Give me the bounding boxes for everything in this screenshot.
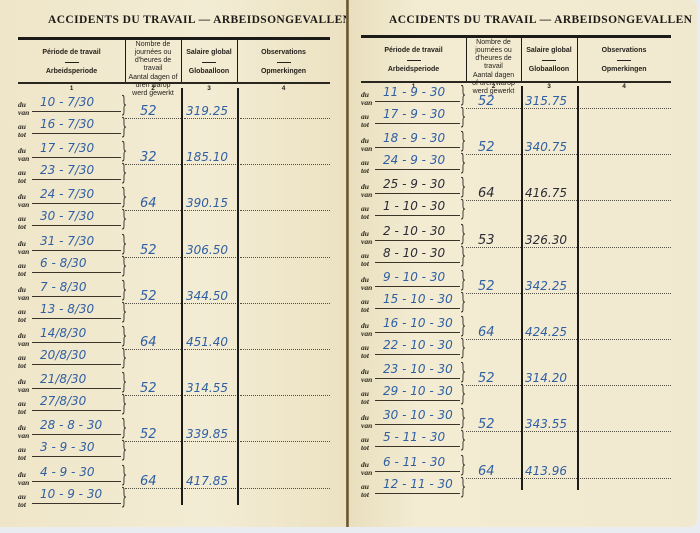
column-number: 3 — [181, 85, 237, 92]
observations-dotted-line — [240, 257, 330, 258]
column-header-fr: Période de travail — [18, 49, 125, 57]
from-date-line — [375, 240, 460, 241]
to-date: 5 - 11 - 30 — [383, 430, 445, 444]
label-van: van — [361, 376, 372, 384]
observations-dotted-line — [240, 349, 330, 350]
global-wage-value: 314.55 — [186, 381, 228, 395]
observations-dotted-line — [580, 108, 671, 109]
wage-dotted-line — [524, 339, 577, 340]
global-wage-value: 451.40 — [186, 335, 228, 349]
header-separator — [617, 60, 631, 61]
label-van: van — [18, 109, 29, 117]
to-date: 30 - 7/30 — [40, 209, 94, 223]
to-label: autot — [18, 169, 26, 185]
from-date-line — [32, 342, 121, 343]
wage-dotted-line — [524, 293, 577, 294]
from-label: duvan — [18, 101, 29, 117]
global-wage-value: 326.30 — [525, 233, 567, 247]
global-wage-value: 343.55 — [525, 417, 567, 431]
column-header-3: Salaire globalGlobaalloon — [521, 47, 577, 74]
from-date: 4 - 9 - 30 — [40, 465, 94, 479]
wage-dotted-line — [184, 257, 236, 258]
from-label: duvan — [361, 137, 372, 153]
brace-from: } — [121, 372, 127, 394]
days-worked-value: 52 — [140, 104, 157, 119]
brace-to: } — [460, 246, 466, 268]
column-header-nl: Arbeidsperiode — [18, 68, 125, 76]
to-label: autot — [18, 308, 26, 324]
label-van: van — [361, 284, 372, 292]
brace-from: } — [121, 95, 127, 117]
brace-to: } — [121, 348, 127, 370]
wage-dotted-line — [184, 303, 236, 304]
from-date-line — [375, 378, 460, 379]
label-tot: tot — [361, 444, 369, 452]
label-tot: tot — [18, 316, 26, 324]
days-worked-value: 32 — [140, 150, 157, 165]
brace-from: } — [121, 326, 127, 348]
from-date-line — [375, 193, 460, 194]
days-worked-value: 64 — [140, 335, 157, 350]
to-date-line — [375, 446, 460, 447]
column-number: 2 — [125, 85, 181, 92]
wage-dotted-line — [184, 395, 236, 396]
to-date: 8 - 10 - 30 — [383, 246, 445, 260]
from-label: duvan — [361, 91, 372, 107]
label-van: van — [361, 330, 372, 338]
from-date-line — [32, 250, 121, 251]
to-label: autot — [18, 262, 26, 278]
brace-to: } — [460, 430, 466, 452]
from-label: duvan — [18, 147, 29, 163]
to-label: autot — [18, 446, 26, 462]
header-separator — [277, 62, 291, 63]
global-wage-value: 342.25 — [525, 279, 567, 293]
label-van: van — [361, 191, 372, 199]
brace-from: } — [460, 131, 466, 153]
brace-from: } — [121, 187, 127, 209]
from-date: 23 - 10 - 30 — [383, 362, 453, 376]
from-date-line — [375, 332, 460, 333]
column-header-nl: Arbeidsperiode — [361, 66, 466, 74]
to-date: 13 - 8/30 — [40, 302, 94, 316]
label-van: van — [18, 155, 29, 163]
brace-to: } — [460, 107, 466, 129]
observations-dotted-line — [580, 293, 671, 294]
from-date: 9 - 10 - 30 — [383, 270, 445, 284]
label-tot: tot — [361, 352, 369, 360]
brace-to: } — [460, 199, 466, 221]
observations-dotted-line — [240, 210, 330, 211]
global-wage-value: 413.96 — [525, 464, 567, 478]
column-number: 3 — [521, 83, 577, 90]
wage-column-right-border — [237, 88, 239, 505]
from-label: duvan — [361, 368, 372, 384]
wage-dotted-line — [524, 431, 577, 432]
observations-dotted-line — [580, 154, 671, 155]
to-date-line — [375, 169, 460, 170]
brace-to: } — [121, 117, 127, 139]
column-header-3: Salaire globalGlobaalloon — [181, 49, 237, 76]
from-date: 11 - 9 - 30 — [383, 85, 445, 99]
wage-dotted-line — [524, 478, 577, 479]
from-label: duvan — [361, 322, 372, 338]
label-van: van — [18, 386, 29, 394]
to-date-line — [375, 354, 460, 355]
observations-dotted-line — [580, 385, 671, 386]
to-date-line — [375, 215, 460, 216]
global-wage-value: 344.50 — [186, 289, 228, 303]
brace-to: } — [460, 153, 466, 175]
brace-from: } — [460, 362, 466, 384]
to-label: autot — [361, 298, 369, 314]
brace-from: } — [460, 408, 466, 430]
wage-dotted-line — [184, 488, 236, 489]
to-label: autot — [361, 252, 369, 268]
from-date-line — [32, 111, 121, 112]
to-date-line — [375, 123, 460, 124]
from-date-line — [32, 203, 121, 204]
to-date: 29 - 10 - 30 — [383, 384, 453, 398]
observations-dotted-line — [240, 395, 330, 396]
from-label: duvan — [361, 276, 372, 292]
column-header-nl: Opmerkingen — [237, 68, 330, 76]
header-top-rule — [18, 37, 330, 40]
from-label: duvan — [361, 414, 372, 430]
label-van: van — [361, 145, 372, 153]
global-wage-value: 319.25 — [186, 104, 228, 118]
days-worked-value: 52 — [140, 381, 157, 396]
days-worked-value: 52 — [478, 94, 495, 109]
global-wage-value: 416.75 — [525, 186, 567, 200]
to-date: 23 - 7/30 — [40, 163, 94, 177]
observations-dotted-line — [240, 118, 330, 119]
header-separator — [407, 60, 421, 61]
brace-from: } — [460, 224, 466, 246]
label-van: van — [18, 201, 29, 209]
brace-to: } — [121, 487, 127, 509]
from-label: duvan — [361, 461, 372, 477]
brace-from: } — [460, 177, 466, 199]
brace-from: } — [121, 141, 127, 163]
column-number: 4 — [237, 85, 330, 92]
to-label: autot — [18, 215, 26, 231]
days-worked-value: 64 — [478, 325, 495, 340]
global-wage-value: 340.75 — [525, 140, 567, 154]
from-date: 10 - 7/30 — [40, 95, 94, 109]
brace-from: } — [121, 234, 127, 256]
label-van: van — [18, 340, 29, 348]
to-date: 1 - 10 - 30 — [383, 199, 445, 213]
days-worked-value: 52 — [140, 243, 157, 258]
to-date-line — [32, 318, 121, 319]
column-header-fr: Salaire global — [521, 47, 577, 55]
page-title: ACCIDENTS DU TRAVAIL — ARBEIDSONGEVALLEN — [48, 14, 351, 26]
to-date: 24 - 9 - 30 — [383, 153, 445, 167]
from-date: 24 - 7/30 — [40, 187, 94, 201]
header-top-rule — [361, 35, 671, 38]
to-date-line — [32, 410, 121, 411]
column-header-1: Période de travailArbeidsperiode — [18, 49, 125, 76]
from-date-line — [375, 101, 460, 102]
brace-to: } — [460, 338, 466, 360]
label-van: van — [361, 99, 372, 107]
column-header-fr: Observations — [577, 47, 671, 55]
days-worked-value: 52 — [140, 427, 157, 442]
observations-dotted-line — [240, 303, 330, 304]
from-label: duvan — [18, 471, 29, 487]
to-date-line — [32, 133, 121, 134]
wage-dotted-line — [524, 154, 577, 155]
wage-dotted-line — [524, 200, 577, 201]
brace-to: } — [121, 440, 127, 462]
from-date-line — [375, 147, 460, 148]
global-wage-value: 314.20 — [525, 371, 567, 385]
wage-dotted-line — [184, 118, 236, 119]
to-date: 12 - 11 - 30 — [383, 477, 453, 491]
to-label: autot — [18, 493, 26, 509]
to-date: 17 - 9 - 30 — [383, 107, 445, 121]
days-worked-value: 64 — [140, 196, 157, 211]
observations-dotted-line — [580, 247, 671, 248]
brace-from: } — [460, 455, 466, 477]
wage-column-left-border — [181, 88, 183, 505]
column-header-fr: Salaire global — [181, 49, 237, 57]
brace-to: } — [121, 209, 127, 231]
wage-column-left-border — [521, 86, 523, 490]
wage-dotted-line — [524, 108, 577, 109]
from-date: 14/8/30 — [40, 326, 86, 340]
brace-from: } — [460, 85, 466, 107]
to-date-line — [32, 503, 121, 504]
global-wage-value: 339.85 — [186, 427, 228, 441]
to-date-line — [375, 262, 460, 263]
wage-dotted-line — [184, 349, 236, 350]
brace-from: } — [121, 465, 127, 487]
column-header-fr: Période de travail — [361, 47, 466, 55]
brace-to: } — [460, 477, 466, 499]
brace-from: } — [460, 270, 466, 292]
days-worked-value: 64 — [140, 474, 157, 489]
from-date-line — [32, 388, 121, 389]
from-date: 30 - 10 - 30 — [383, 408, 453, 422]
to-date-line — [32, 456, 121, 457]
to-date-line — [375, 308, 460, 309]
to-date-line — [32, 364, 121, 365]
booklet: ACCIDENTS DU TRAVAIL — ARBEIDSONGEVALLEN… — [0, 0, 697, 527]
wage-dotted-line — [184, 441, 236, 442]
observations-dotted-line — [240, 488, 330, 489]
observations-dotted-line — [580, 339, 671, 340]
from-label: duvan — [361, 183, 372, 199]
from-date: 28 - 8 - 30 — [40, 418, 102, 432]
brace-to: } — [121, 163, 127, 185]
from-date-line — [375, 471, 460, 472]
global-wage-value: 390.15 — [186, 196, 228, 210]
column-header-nl: Globaalloon — [521, 66, 577, 74]
to-label: autot — [361, 436, 369, 452]
days-worked-value: 52 — [140, 289, 157, 304]
to-label: autot — [361, 113, 369, 129]
label-van: van — [361, 422, 372, 430]
from-label: duvan — [18, 378, 29, 394]
label-tot: tot — [18, 131, 26, 139]
to-date-line — [32, 272, 121, 273]
from-date: 16 - 10 - 30 — [383, 316, 453, 330]
from-label: duvan — [18, 424, 29, 440]
from-date: 17 - 7/30 — [40, 141, 94, 155]
global-wage-value: 306.50 — [186, 243, 228, 257]
column-header-4: ObservationsOpmerkingen — [577, 47, 671, 74]
label-tot: tot — [361, 167, 369, 175]
to-label: autot — [361, 205, 369, 221]
to-label: autot — [361, 344, 369, 360]
observations-dotted-line — [580, 200, 671, 201]
from-date: 25 - 9 - 30 — [383, 177, 445, 191]
column-number: 2 — [466, 83, 521, 90]
observations-dotted-line — [580, 431, 671, 432]
header-separator — [542, 60, 556, 61]
column-header-4: ObservationsOpmerkingen — [237, 49, 330, 76]
column-header-nl: Opmerkingen — [577, 66, 671, 74]
days-worked-value: 52 — [478, 417, 495, 432]
label-tot: tot — [361, 260, 369, 268]
to-date-line — [32, 179, 121, 180]
brace-to: } — [121, 256, 127, 278]
to-date: 22 - 10 - 30 — [383, 338, 453, 352]
observations-dotted-line — [580, 478, 671, 479]
right-page: ACCIDENTS DU TRAVAIL — ARBEIDSONGEVALLEN… — [349, 0, 697, 527]
from-date: 31 - 7/30 — [40, 234, 94, 248]
observations-dotted-line — [240, 441, 330, 442]
from-date-line — [375, 424, 460, 425]
label-tot: tot — [18, 454, 26, 462]
from-date-line — [375, 286, 460, 287]
from-date: 18 - 9 - 30 — [383, 131, 445, 145]
brace-to: } — [121, 394, 127, 416]
label-van: van — [18, 479, 29, 487]
to-date: 10 - 9 - 30 — [40, 487, 102, 501]
label-tot: tot — [361, 491, 369, 499]
wage-dotted-line — [524, 385, 577, 386]
to-label: autot — [18, 400, 26, 416]
from-date-line — [32, 434, 121, 435]
days-worked-value: 52 — [478, 371, 495, 386]
from-label: duvan — [18, 286, 29, 302]
to-date: 16 - 7/30 — [40, 117, 94, 131]
left-page: ACCIDENTS DU TRAVAIL — ARBEIDSONGEVALLEN… — [0, 0, 347, 527]
days-worked-value: 64 — [478, 464, 495, 479]
label-tot: tot — [18, 408, 26, 416]
global-wage-value: 185.10 — [186, 150, 228, 164]
to-date: 6 - 8/30 — [40, 256, 87, 270]
days-worked-value: 53 — [478, 233, 495, 248]
from-label: duvan — [18, 240, 29, 256]
label-tot: tot — [361, 306, 369, 314]
from-date: 2 - 10 - 30 — [383, 224, 445, 238]
days-worked-value: 52 — [478, 279, 495, 294]
global-wage-value: 417.85 — [186, 474, 228, 488]
label-tot: tot — [18, 501, 26, 509]
to-date: 15 - 10 - 30 — [383, 292, 453, 306]
label-tot: tot — [18, 362, 26, 370]
brace-to: } — [121, 302, 127, 324]
page-title: ACCIDENTS DU TRAVAIL — ARBEIDSONGEVALLEN — [389, 14, 692, 26]
header-separator — [65, 62, 79, 63]
label-tot: tot — [18, 223, 26, 231]
column-number: 1 — [18, 85, 125, 92]
to-date-line — [375, 493, 460, 494]
column-header-fr: Nombre de journées ou d'heures de travai… — [125, 41, 181, 73]
to-date: 3 - 9 - 30 — [40, 440, 94, 454]
to-label: autot — [361, 483, 369, 499]
label-tot: tot — [361, 398, 369, 406]
from-date: 7 - 8/30 — [40, 280, 87, 294]
to-label: autot — [18, 354, 26, 370]
label-van: van — [361, 238, 372, 246]
column-header-nl: Globaalloon — [181, 68, 237, 76]
column-number: 4 — [577, 83, 671, 90]
to-date: 27/8/30 — [40, 394, 86, 408]
label-van: van — [361, 469, 372, 477]
wage-dotted-line — [524, 247, 577, 248]
brace-to: } — [460, 292, 466, 314]
brace-to: } — [460, 384, 466, 406]
brace-from: } — [121, 280, 127, 302]
wage-dotted-line — [184, 164, 236, 165]
wage-column-right-border — [577, 86, 579, 490]
from-label: duvan — [18, 193, 29, 209]
to-date: 20/8/30 — [40, 348, 86, 362]
column-header-fr: Observations — [237, 49, 330, 57]
to-label: autot — [18, 123, 26, 139]
days-worked-value: 52 — [478, 140, 495, 155]
to-date-line — [375, 400, 460, 401]
to-label: autot — [361, 390, 369, 406]
column-header-fr: Nombre de journées ou d'heures de travai… — [466, 39, 521, 71]
label-tot: tot — [361, 213, 369, 221]
from-date-line — [32, 481, 121, 482]
column-header-1: Période de travailArbeidsperiode — [361, 47, 466, 74]
label-van: van — [18, 432, 29, 440]
global-wage-value: 315.75 — [525, 94, 567, 108]
from-date: 21/8/30 — [40, 372, 86, 386]
label-tot: tot — [361, 121, 369, 129]
from-date-line — [32, 157, 121, 158]
from-label: duvan — [361, 230, 372, 246]
label-van: van — [18, 294, 29, 302]
wage-dotted-line — [184, 210, 236, 211]
from-label: duvan — [18, 332, 29, 348]
label-tot: tot — [18, 270, 26, 278]
brace-from: } — [460, 316, 466, 338]
days-worked-value: 64 — [478, 186, 495, 201]
header-separator — [202, 62, 216, 63]
global-wage-value: 424.25 — [525, 325, 567, 339]
from-date-line — [32, 296, 121, 297]
from-date: 6 - 11 - 30 — [383, 455, 445, 469]
label-tot: tot — [18, 177, 26, 185]
brace-from: } — [121, 418, 127, 440]
label-van: van — [18, 248, 29, 256]
to-label: autot — [361, 159, 369, 175]
to-date-line — [32, 225, 121, 226]
observations-dotted-line — [240, 164, 330, 165]
